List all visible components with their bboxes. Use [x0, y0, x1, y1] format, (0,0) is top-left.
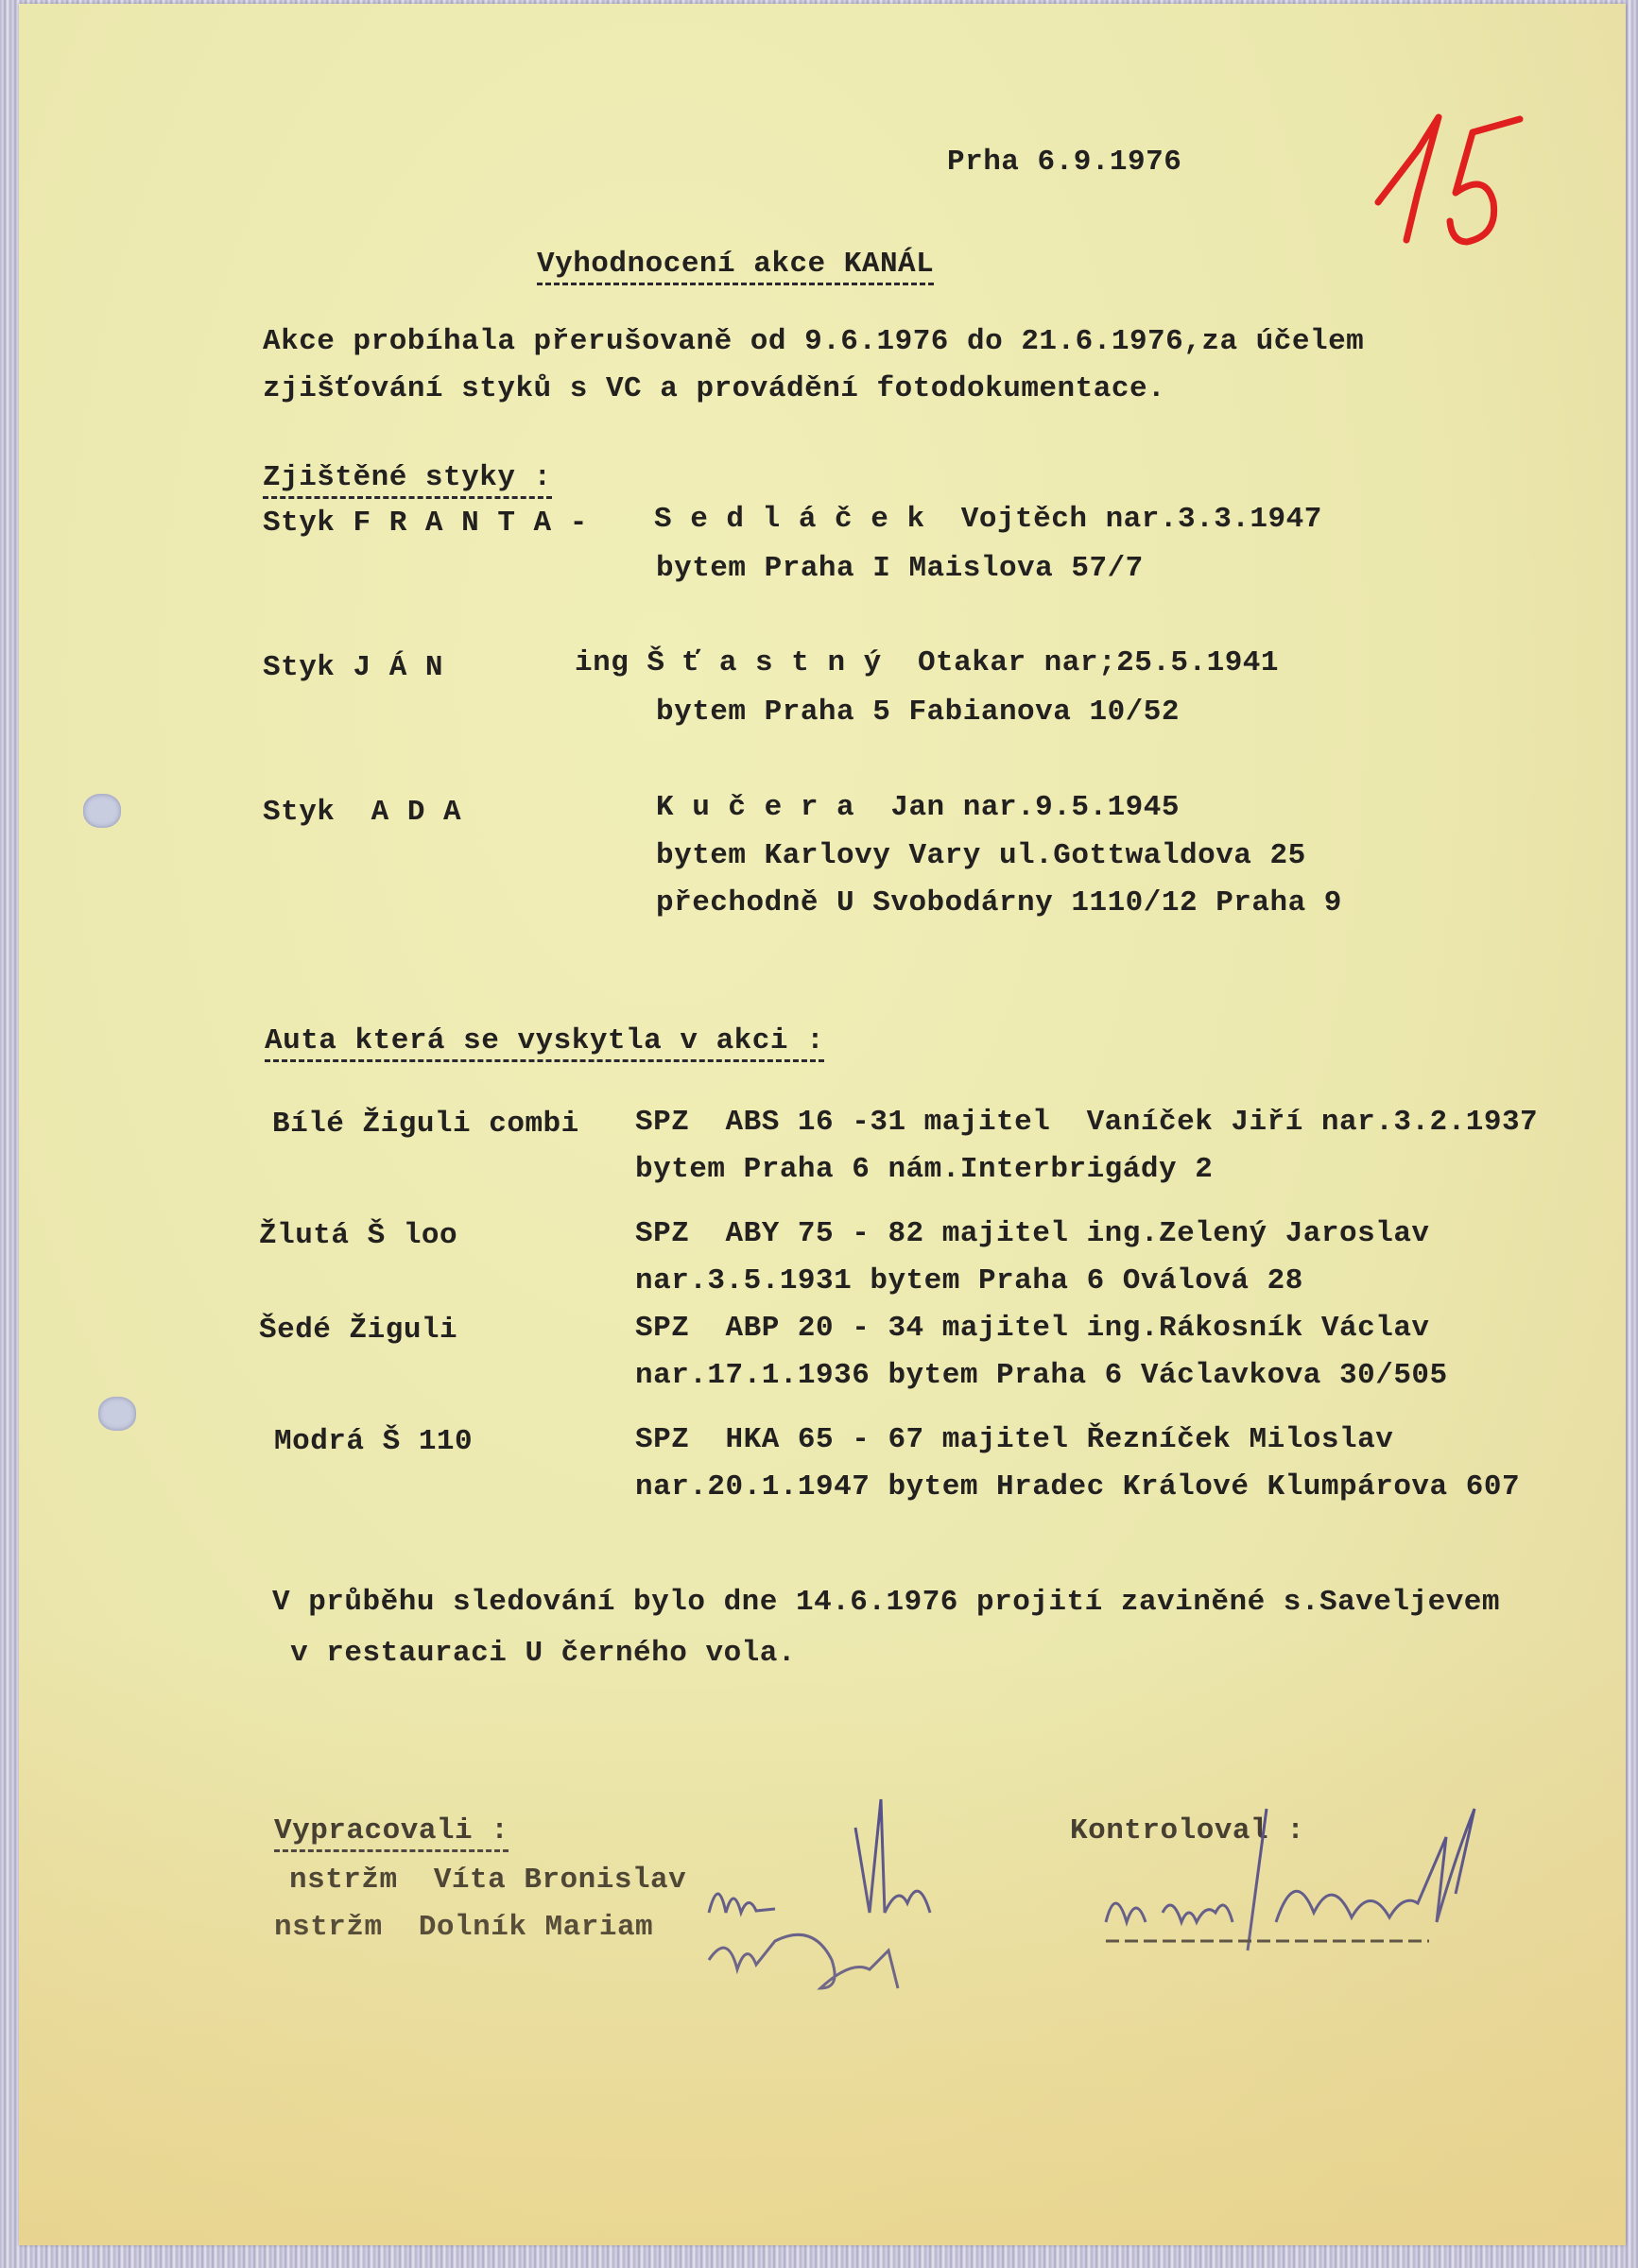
place-date: Prha 6.9.1976: [947, 146, 1181, 179]
car-details: SPZ ABP 20 - 34 majitel ing.Rákosník Vác…: [635, 1312, 1430, 1345]
page-number-handwritten: [1361, 60, 1550, 249]
car-name: Šedé Žiguli: [259, 1314, 457, 1347]
contact-person: K u č e r a Jan nar.9.5.1945: [656, 791, 1180, 824]
contact-label: Styk A D A: [263, 796, 461, 829]
car-name: Modrá Š 110: [274, 1425, 473, 1458]
punch-hole: [98, 1397, 136, 1431]
closing-line: V průběhu sledování bylo dne 14.6.1976 p…: [272, 1586, 1500, 1619]
closing-line: v restauraci U černého vola.: [272, 1637, 796, 1670]
prepared-heading: Vypracovali :: [274, 1814, 509, 1852]
punch-hole: [83, 794, 121, 828]
car-details: bytem Praha 6 nám.Interbrigády 2: [635, 1153, 1213, 1186]
signature-vita: [699, 1771, 983, 1998]
contact-label: Styk J Á N: [263, 651, 443, 684]
car-details: nar.17.1.1936 bytem Praha 6 Václavkova 3…: [635, 1359, 1448, 1392]
preparer-name: nstržm Víta Bronislav: [289, 1864, 686, 1897]
contact-address: bytem Praha I Maislova 57/7: [656, 552, 1144, 585]
car-details: nar.20.1.1947 bytem Hradec Králové Klump…: [635, 1470, 1520, 1503]
contact-person: ing Š ť a s t n ý Otakar nar;25.5.1941: [575, 646, 1279, 679]
contact-label: Styk F R A N T A -: [263, 507, 588, 540]
contacts-heading: Zjištěné styky :: [263, 461, 552, 499]
contact-address: přechodně U Svobodárny 1110/12 Praha 9: [656, 886, 1342, 919]
document-title: Vyhodnocení akce KANÁL: [537, 248, 934, 285]
cars-heading: Auta která se vyskytla v akci :: [265, 1024, 824, 1062]
contact-address: bytem Praha 5 Fabianova 10/52: [656, 696, 1180, 729]
intro-line: Akce probíhala přerušovaně od 9.6.1976 d…: [263, 325, 1364, 358]
car-name: Bílé Žiguli combi: [272, 1108, 579, 1141]
document-page: 15 Prha 6.9.1976 Vyhodnocení akce KANÁL …: [19, 4, 1626, 2245]
signature-checker: [1078, 1780, 1512, 1969]
contact-person: S e d l á č e k Vojtěch nar.3.3.1947: [654, 503, 1322, 536]
car-details: SPZ ABY 75 - 82 majitel ing.Zelený Jaros…: [635, 1217, 1430, 1250]
car-name: Žlutá Š loo: [259, 1219, 457, 1252]
intro-line: zjišťování styků s VC a provádění fotodo…: [263, 372, 1165, 405]
car-details: nar.3.5.1931 bytem Praha 6 Oválová 28: [635, 1264, 1303, 1297]
contact-address: bytem Karlovy Vary ul.Gottwaldova 25: [656, 839, 1306, 872]
preparer-name: nstržm Dolník Mariam: [274, 1911, 653, 1944]
car-details: SPZ ABS 16 -31 majitel Vaníček Jiří nar.…: [635, 1106, 1538, 1139]
car-details: SPZ HKA 65 - 67 majitel Řezníček Milosla…: [635, 1423, 1393, 1456]
